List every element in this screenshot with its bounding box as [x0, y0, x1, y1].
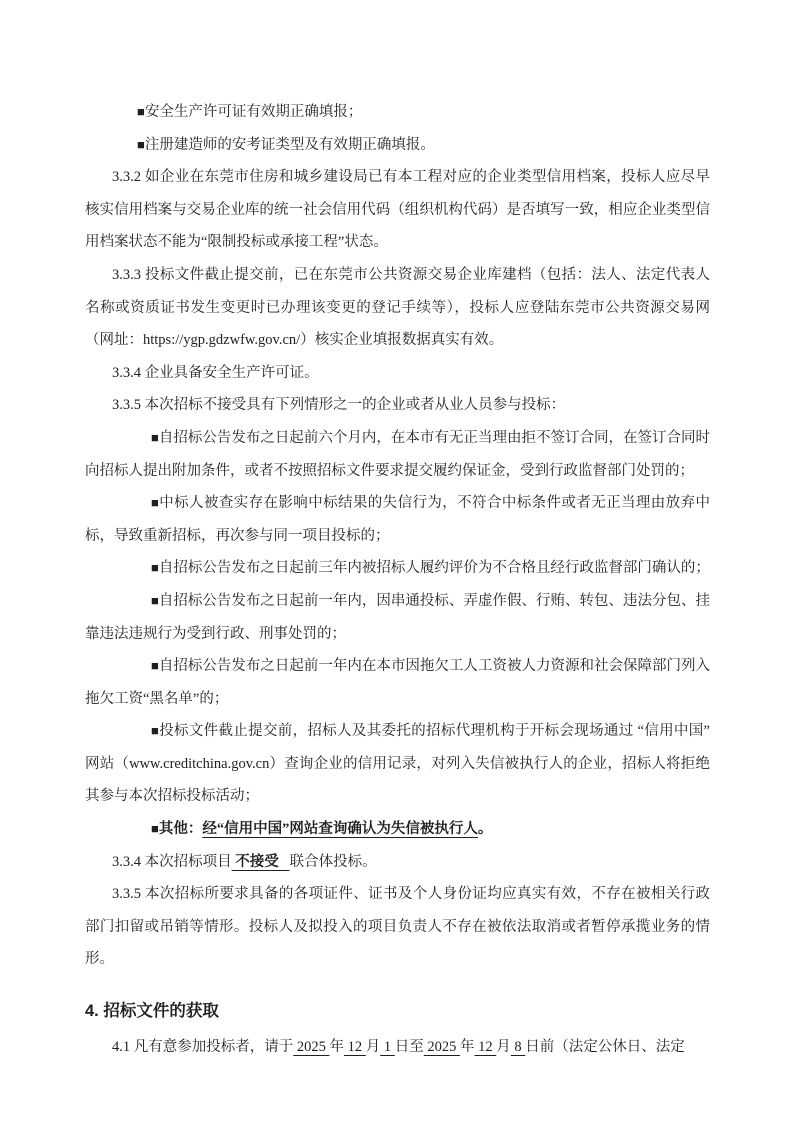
bullet-item: ■自招标公告发布之日起前三年内被招标人履约评价为不合格且经行政监督部门确认的； — [85, 552, 710, 585]
text-run: 日至 — [395, 1039, 424, 1055]
paragraph: 3.3.5 本次招标所要求具备的各项证件、证书及个人身份证均应真实有效，不存在被… — [85, 878, 710, 976]
paragraph: 3.3.3 投标文件截止提交前，已在东莞市公共资源交易企业库建档（包括：法人、法… — [85, 259, 710, 357]
document-page: ■安全生产许可证有效期正确填报；■注册建造师的安考证类型及有效期正确填报。3.3… — [0, 0, 794, 1123]
square-bullet-icon: ■ — [151, 658, 159, 673]
text-run: 4.1 凡有意参加投标者，请于 — [112, 1039, 293, 1055]
text-run: 3.3.5 本次招标不接受具有下列情形之一的企业或者从业人员参与投标： — [112, 397, 565, 413]
square-bullet-icon: ■ — [137, 104, 145, 119]
text-run: 3.3.2 如企业在东莞市住房和城乡建设局已有本工程对应的企业类型信用档案，投标… — [85, 169, 710, 250]
text-run: 2025 — [293, 1039, 329, 1055]
bullet-item: ■自招标公告发布之日起前一年内在本市因拖欠工人工资被人力资源和社会保障部门列入拖… — [85, 650, 710, 715]
text-run: 。 — [478, 821, 493, 837]
text-run: 经“信用中国”网站查询确认为失信被执行人 — [202, 821, 478, 837]
paragraph: 4.1 凡有意参加投标者，请于 2025 年 12 月 1 日至 2025 年 … — [85, 1031, 710, 1064]
text-run: 自招标公告发布之日起前六个月内，在本市有无正当理由拒不签订合同，在签订合同时向招… — [85, 430, 710, 479]
text-run: 中标人被查实存在影响中标结果的失信行为，不符合中标条件或者无正当理由放弃中标，导… — [85, 495, 710, 544]
text-run: 不接受 — [232, 854, 290, 870]
text-run: 8 — [511, 1039, 526, 1055]
bullet-item: ■投标文件截止提交前，招标人及其委托的招标代理机构于开标会现场通过 “信用中国”… — [85, 715, 710, 813]
bullet-item: ■安全生产许可证有效期正确填报； — [85, 96, 710, 129]
text-run: 投标文件截止提交前，招标人及其委托的招标代理机构于开标会现场通过 “信用中国”网… — [85, 723, 710, 804]
text-run: 1 — [380, 1039, 395, 1055]
text-run: 3.3.3 投标文件截止提交前，已在东莞市公共资源交易企业库建档（包括：法人、法… — [85, 267, 710, 348]
paragraph: 3.3.5 本次招标不接受具有下列情形之一的企业或者从业人员参与投标： — [85, 389, 710, 422]
text-run: 自招标公告发布之日起前一年内在本市因拖欠工人工资被人力资源和社会保障部门列入拖欠… — [85, 658, 710, 707]
text-run: 月 — [366, 1039, 381, 1055]
paragraph: 3.3.4 企业具备安全生产许可证。 — [85, 357, 710, 390]
text-run: 12 — [475, 1039, 497, 1055]
text-run: 年 — [330, 1039, 345, 1055]
text-run: 2025 — [424, 1039, 460, 1055]
text-run: 自招标公告发布之日起前一年内，因串通投标、弄虚作假、行贿、转包、违法分包、挂靠违… — [85, 593, 710, 642]
text-run: 安全生产许可证有效期正确填报； — [145, 104, 363, 120]
paragraph: 3.3.4 本次招标项目 不接受 联合体投标。 — [85, 846, 710, 879]
text-run: 12 — [344, 1039, 366, 1055]
square-bullet-icon: ■ — [137, 137, 145, 152]
bullet-item: ■其他：经“信用中国”网站查询确认为失信被执行人。 — [85, 813, 710, 846]
text-run: 自招标公告发布之日起前三年内被招标人履约评价为不合格且经行政监督部门确认的； — [159, 560, 710, 576]
square-bullet-icon: ■ — [151, 495, 159, 510]
text-run: 其他： — [159, 821, 203, 837]
square-bullet-icon: ■ — [151, 430, 159, 445]
bullet-item: ■注册建造师的安考证类型及有效期正确填报。 — [85, 129, 710, 162]
text-run: 4. 招标文件的获取 — [85, 1002, 219, 1020]
bullet-item: ■自招标公告发布之日起前六个月内，在本市有无正当理由拒不签订合同，在签订合同时向… — [85, 422, 710, 487]
text-run: 注册建造师的安考证类型及有效期正确填报。 — [145, 137, 435, 153]
bullet-item: ■自招标公告发布之日起前一年内，因串通投标、弄虚作假、行贿、转包、违法分包、挂靠… — [85, 585, 710, 650]
text-run: 3.3.4 企业具备安全生产许可证。 — [112, 365, 319, 381]
text-run: 日前（法定公休日、法定 — [525, 1039, 685, 1055]
text-run: 3.3.5 本次招标所要求具备的各项证件、证书及个人身份证均应真实有效，不存在被… — [85, 886, 710, 967]
square-bullet-icon: ■ — [151, 560, 159, 575]
paragraph: 3.3.2 如企业在东莞市住房和城乡建设局已有本工程对应的企业类型信用档案，投标… — [85, 161, 710, 259]
document-body: ■安全生产许可证有效期正确填报；■注册建造师的安考证类型及有效期正确填报。3.3… — [85, 96, 710, 1064]
square-bullet-icon: ■ — [151, 821, 159, 836]
text-run: 年 — [460, 1039, 475, 1055]
text-run: 3.3.4 本次招标项目 — [112, 854, 232, 870]
text-run: 联合体投标。 — [290, 854, 377, 870]
bullet-item: ■中标人被查实存在影响中标结果的失信行为，不符合中标条件或者无正当理由放弃中标，… — [85, 487, 710, 552]
square-bullet-icon: ■ — [151, 723, 159, 738]
text-run: 月 — [496, 1039, 511, 1055]
section-heading: 4. 招标文件的获取 — [85, 995, 710, 1028]
square-bullet-icon: ■ — [151, 593, 159, 608]
